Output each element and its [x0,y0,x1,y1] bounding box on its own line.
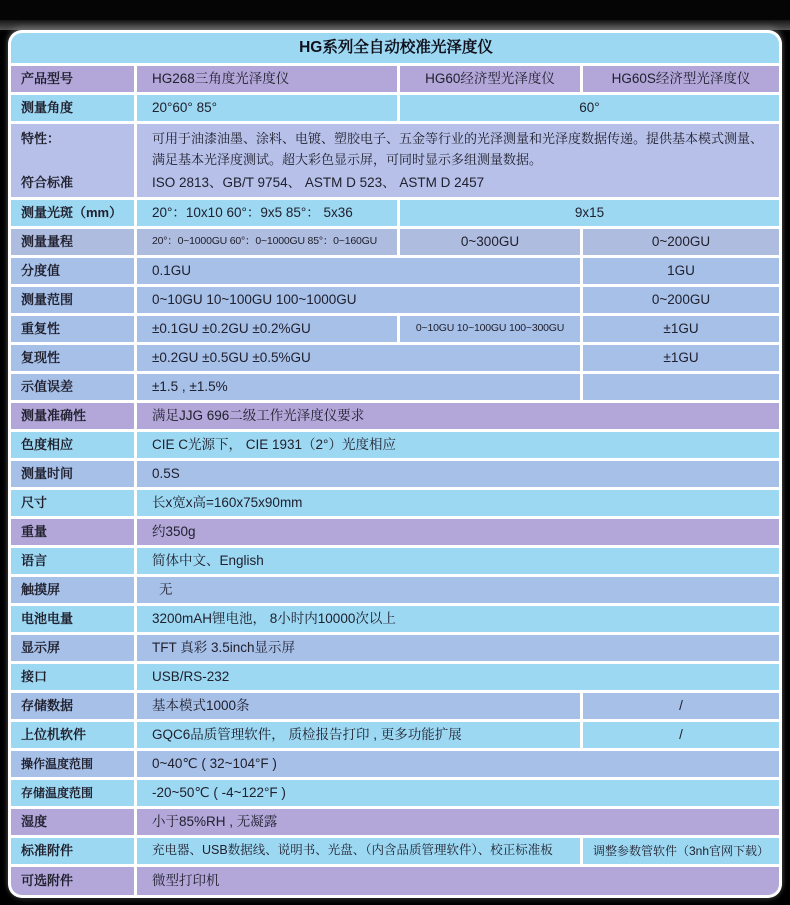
cell-weight: 约350g [137,519,779,545]
row-label-repeatability: 重复性 [11,316,134,342]
cell-display: TFT 真彩 3.5inch显示屏 [137,635,779,661]
cell-measure-accuracy: 满足JJG 696二级工作光泽度仪要求 [137,403,779,429]
cell-pc-software-hg60s: / [583,722,779,748]
row-label-operating-temp: 操作温度范围 [11,751,134,777]
cell-resolution-main: 0.1GU [137,258,580,284]
row-label-standard-accessories: 标准附件 [11,838,134,864]
cell-measure-scope-hg60s: 0~200GU [583,287,779,313]
row-label-weight: 重量 [11,519,134,545]
row-label-resolution: 分度值 [11,258,134,284]
row-label-interface: 接口 [11,664,134,690]
row-label-touchscreen: 触摸屏 [11,577,134,603]
cell-storage-temp: -20~50℃ ( -4~122°F ) [137,780,779,806]
cell-measuring-span-hg60: 0~300GU [400,229,580,255]
cell-resolution-hg60s: 1GU [583,258,779,284]
cell-reproducibility-main: ±0.2GU ±0.5GU ±0.5%GU [137,345,580,371]
row-label-chromatic-response: 色度相应 [11,432,134,458]
cell-battery: 3200mAH锂电池， 8小时内10000次以上 [137,606,779,632]
cell-measuring-span-hg60s: 0~200GU [583,229,779,255]
cell-measure-angle-hg268: 20°60° 85° [137,95,397,121]
cell-repeatability-hg60s: ±1GU [583,316,779,342]
cell-product-model-hg268: HG268三角度光泽度仪 [137,66,397,92]
cell-measuring-span-hg268: 20°：0~1000GU 60°：0~1000GU 85°：0~160GU [137,229,397,255]
cell-measure-angle-hg60: 60° [400,95,779,121]
cell-indication-error-main: ±1.5 , ±1.5% [137,374,580,400]
cell-pc-software-main: GQC6品质管理软件， 质检报告打印 , 更多功能扩展 [137,722,580,748]
cell-measure-scope-main: 0~10GU 10~100GU 100~1000GU [137,287,580,313]
cell-indication-error-empty [583,374,779,400]
standards-text: ISO 2813、GB/T 9754、 ASTM D 523、 ASTM D 2… [152,175,484,193]
cell-touchscreen: 无 [137,577,779,603]
cell-optional-accessories: 微型打印机 [137,867,779,895]
cell-product-model-hg60: HG60经济型光泽度仪 [400,66,580,92]
row-label-features-standards: 特性： 符合标准 [11,124,134,197]
cell-features-standards: 可用于油漆油墨、涂料、电镀、塑胶电子、五金等行业的光泽测量和光泽度数据传递。提供… [137,124,779,197]
cell-dimensions: 长x宽x高=160x75x90mm [137,490,779,516]
row-label-measure-time: 测量时间 [11,461,134,487]
features-label: 特性： [21,131,60,147]
cell-repeatability-hg60: 0~10GU 10~100GU 100~300GU [400,316,580,342]
row-label-measuring-span: 测量量程 [11,229,134,255]
row-label-optional-accessories: 可选附件 [11,867,134,895]
spec-table: HG系列全自动校准光泽度仪 产品型号 HG268三角度光泽度仪 HG60经济型光… [11,33,779,895]
row-label-measure-scope: 测量范围 [11,287,134,313]
cell-standard-accessories-main: 充电器、USB数据线、说明书、光盘、（内含品质管理软件）、校正标准板 [137,838,580,864]
cell-interface: USB/RS-232 [137,664,779,690]
cell-language: 简体中文、English [137,548,779,574]
row-label-pc-software: 上位机软件 [11,722,134,748]
features-text: 可用于油漆油墨、涂料、电镀、塑胶电子、五金等行业的光泽测量和光泽度数据传递。提供… [152,129,769,171]
row-label-indication-error: 示值误差 [11,374,134,400]
cell-product-model-hg60s: HG60S经济型光泽度仪 [583,66,779,92]
cell-chromatic-response: CIE C光源下， CIE 1931（2°）光度相应 [137,432,779,458]
cell-repeatability-hg268: ±0.1GU ±0.2GU ±0.2%GU [137,316,397,342]
standards-label: 符合标准 [21,175,73,191]
row-label-reproducibility: 复现性 [11,345,134,371]
row-label-humidity: 湿度 [11,809,134,835]
spec-sheet-card: HG系列全自动校准光泽度仪 产品型号 HG268三角度光泽度仪 HG60经济型光… [8,30,782,898]
card-top-shadow [0,20,790,30]
cell-operating-temp: 0~40℃ ( 32~104°F ) [137,751,779,777]
row-label-storage-temp: 存储温度范围 [11,780,134,806]
row-label-product-model: 产品型号 [11,66,134,92]
page-title: HG系列全自动校准光泽度仪 [11,33,779,63]
row-label-display: 显示屏 [11,635,134,661]
cell-data-storage-hg60s: / [583,693,779,719]
cell-humidity: 小于85%RH , 无凝露 [137,809,779,835]
cell-reproducibility-hg60s: ±1GU [583,345,779,371]
cell-measure-time: 0.5S [137,461,779,487]
cell-standard-accessories-hg60s: 调整参数管软件（3nh官网下载） [583,838,779,864]
row-label-battery: 电池电量 [11,606,134,632]
cell-measure-spot-hg268: 20°：10x10 60°：9x5 85°： 5x36 [137,200,397,226]
row-label-language: 语言 [11,548,134,574]
row-label-measure-accuracy: 测量准确性 [11,403,134,429]
row-label-measure-spot: 测量光斑（mm） [11,200,134,226]
row-label-data-storage: 存储数据 [11,693,134,719]
row-label-measure-angle: 测量角度 [11,95,134,121]
cell-data-storage-main: 基本模式1000条 [137,693,580,719]
cell-measure-spot-hg60: 9x15 [400,200,779,226]
row-label-dimensions: 尺寸 [11,490,134,516]
